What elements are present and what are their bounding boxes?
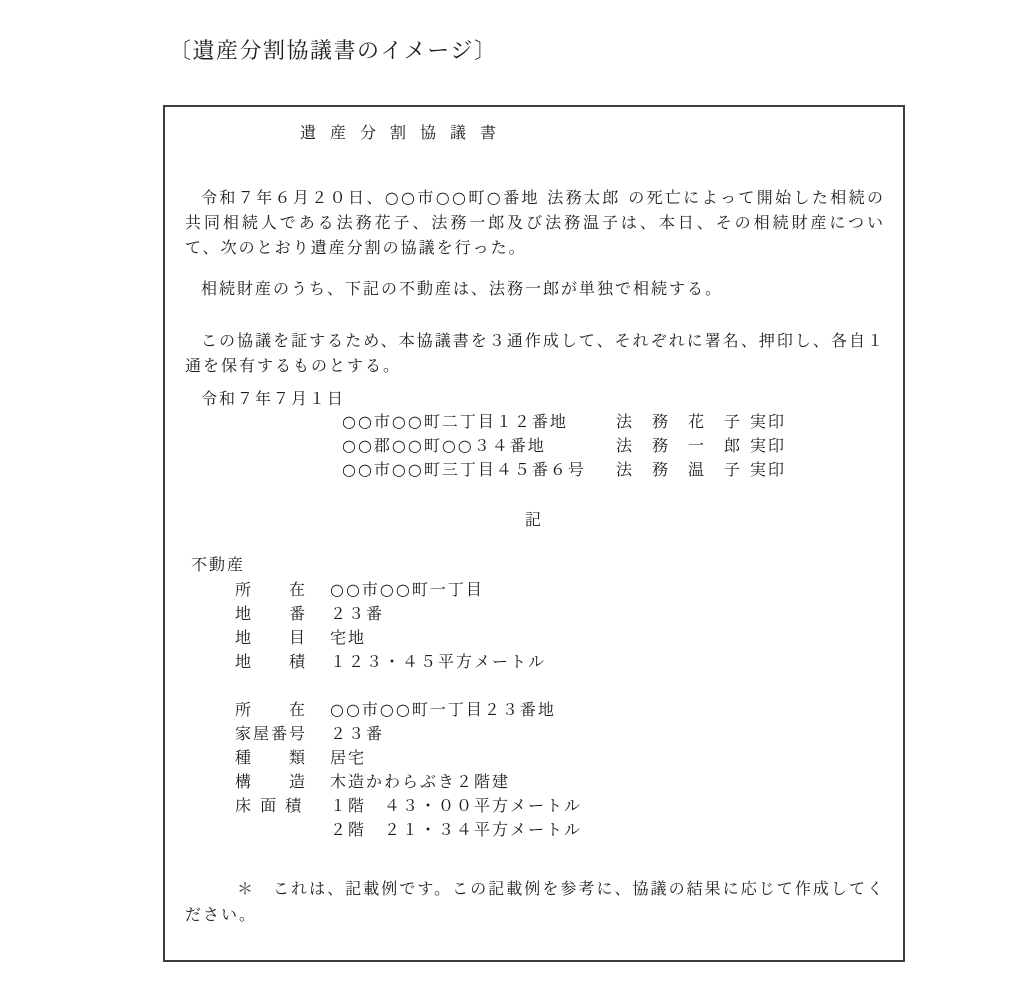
property-row: 構 造 木造かわらぶき２階建 (185, 770, 582, 794)
property-label: 所 在 (235, 698, 330, 722)
document-title: 遺産分割協議書 (300, 120, 510, 143)
seal-label: 実印 (750, 458, 786, 482)
property-value: １２３・４５平方メートル (330, 650, 546, 674)
property-row: 家屋番号 ２３番 (185, 722, 582, 746)
paragraph-copies: この協議を証するため、本協議書を３通作成して、それぞれに署名、押印し、各自１通を… (185, 328, 885, 378)
property-value: ２３番 (330, 722, 384, 746)
sample-note: ＊ これは、記載例です。この記載例を参考に、協議の結果に応じて作成してください。 (185, 876, 885, 928)
property-row: 地 目 宅地 (185, 626, 546, 650)
document-date: 令和７年７月１日 (185, 386, 345, 409)
signature-block: ○○市○○町二丁目１２番地 法 務 花 子 実印 ○○郡○○町○○３４番地 法 … (185, 410, 786, 482)
signer-address: ○○郡○○町○○３４番地 (342, 434, 616, 458)
seal-label: 実印 (750, 410, 786, 434)
property-value: 居宅 (330, 746, 366, 770)
seal-label: 実印 (750, 434, 786, 458)
property-row: 所 在 ○○市○○町一丁目２３番地 (185, 698, 582, 722)
signature-row: ○○市○○町三丁目４５番６号 法 務 温 子 実印 (185, 458, 786, 482)
signer-address: ○○市○○町三丁目４５番６号 (342, 458, 616, 482)
paragraph-opening: 令和７年６月２０日、○○市○○町○番地 法務太郎 の死亡によって開始した相続の共… (185, 185, 885, 260)
paragraph-inheritance-terms: 相続財産のうち、下記の不動産は、法務一郎が単独で相続する。 (185, 276, 885, 301)
property-label: 種 類 (235, 746, 330, 770)
property-row: 地 積 １２３・４５平方メートル (185, 650, 546, 674)
property-label: 地 目 (235, 626, 330, 650)
property-label: 床 面 積 (235, 794, 330, 818)
land-property-list: 所 在 ○○市○○町一丁目 地 番 ２３番 地 目 宅地 地 積 １２３・４５平… (185, 578, 546, 674)
property-label (235, 818, 330, 842)
signer-address: ○○市○○町二丁目１２番地 (342, 410, 616, 434)
property-section-heading: 不動産 (191, 552, 245, 575)
section-marker-ki: 記 (165, 507, 903, 530)
property-value: ○○市○○町一丁目２３番地 (330, 698, 556, 722)
property-row: 地 番 ２３番 (185, 602, 546, 626)
property-label: 構 造 (235, 770, 330, 794)
property-label: 地 積 (235, 650, 330, 674)
signature-row: ○○郡○○町○○３４番地 法 務 一 郎 実印 (185, 434, 786, 458)
signer-name: 法 務 一 郎 (616, 434, 742, 458)
property-value: ２階 ２１・３４平方メートル (330, 818, 582, 842)
agreement-document: 遺産分割協議書 令和７年６月２０日、○○市○○町○番地 法務太郎 の死亡によって… (163, 105, 905, 962)
property-row: ２階 ２１・３４平方メートル (185, 818, 582, 842)
property-row: 種 類 居宅 (185, 746, 582, 770)
property-value: ２３番 (330, 602, 384, 626)
property-value: ○○市○○町一丁目 (330, 578, 484, 602)
property-value: 木造かわらぶき２階建 (330, 770, 510, 794)
building-property-list: 所 在 ○○市○○町一丁目２３番地 家屋番号 ２３番 種 類 居宅 構 造 木造… (185, 698, 582, 842)
property-value: 宅地 (330, 626, 366, 650)
property-label: 所 在 (235, 578, 330, 602)
property-label: 家屋番号 (235, 722, 330, 746)
signer-name: 法 務 花 子 (616, 410, 742, 434)
property-row: 所 在 ○○市○○町一丁目 (185, 578, 546, 602)
page: 〔遺産分割協議書のイメージ〕 遺産分割協議書 令和７年６月２０日、○○市○○町○… (0, 0, 1024, 999)
property-row: 床 面 積 １階 ４３・００平方メートル (185, 794, 582, 818)
signer-name: 法 務 温 子 (616, 458, 742, 482)
property-label: 地 番 (235, 602, 330, 626)
signature-row: ○○市○○町二丁目１２番地 法 務 花 子 実印 (185, 410, 786, 434)
page-heading: 〔遺産分割協議書のイメージ〕 (169, 34, 498, 65)
property-value: １階 ４３・００平方メートル (330, 794, 582, 818)
